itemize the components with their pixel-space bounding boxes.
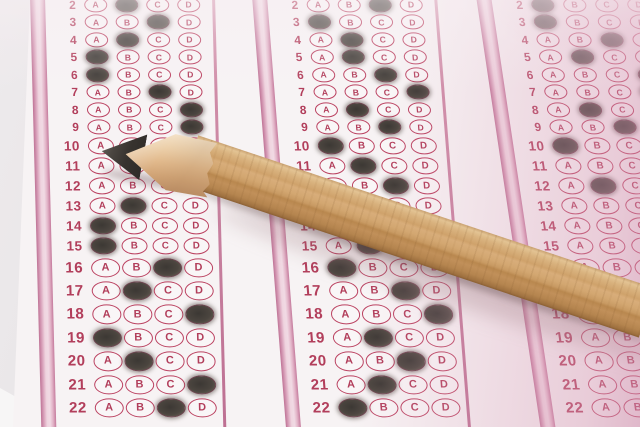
bubble-option-d: D [179, 85, 202, 100]
bubble-option-b-filled: B [340, 32, 364, 47]
bubble-letter: B [352, 88, 359, 97]
bubble-option-c-filled: C [396, 352, 426, 371]
bubble-option-d: D [634, 50, 640, 65]
bubble-letter: B [581, 70, 588, 79]
bubble-letter: C [165, 309, 173, 320]
bubble-letter: A [104, 356, 112, 367]
bubble-letter: A [319, 53, 326, 62]
bubble-option-b: B [622, 398, 640, 417]
question-number: 8 [47, 103, 79, 117]
bubble-option-b: B [595, 217, 623, 234]
bubble-option-a: A [563, 217, 591, 234]
bubble-option-c: C [155, 328, 184, 347]
bubble-option-d: D [186, 352, 215, 371]
bubble-option-b-filled: B [124, 352, 153, 371]
question-number: 6 [501, 68, 535, 82]
bubble-option-b-filled: B [122, 281, 151, 300]
bubble-letter: D [186, 35, 192, 44]
bubble-letter: A [92, 0, 98, 9]
bubble-letter: D [197, 356, 205, 367]
answer-row: 8ABCD [33, 101, 263, 119]
bubble-option-d-filled: D [180, 102, 203, 117]
bubble-option-c-filled: C [599, 32, 624, 47]
bubble-option-b: B [125, 375, 154, 394]
question-number: 7 [46, 85, 78, 99]
bubble-option-c: C [621, 177, 640, 194]
bubble-letter: B [346, 0, 353, 9]
bubble-letter: A [94, 70, 100, 79]
question-number: 9 [47, 120, 79, 134]
bubble-option-a: A [332, 328, 362, 347]
bubble-option-b: B [361, 305, 391, 324]
bubble-letter: C [156, 70, 162, 79]
question-number: 11 [48, 159, 80, 174]
bubble-option-a: A [91, 258, 120, 277]
bubble-option-d-filled: D [185, 305, 214, 324]
bubble-letter: A [570, 201, 579, 211]
bubble-letter: B [359, 161, 367, 171]
question-number: 4 [45, 33, 77, 47]
bubble-letter: C [385, 105, 392, 114]
answer-row: 9ABCD [494, 119, 640, 137]
bubble-option-a: A [541, 67, 566, 82]
bubble-option-a: A [543, 85, 568, 100]
bubble-option-a: A [566, 237, 594, 254]
bubble-letter: B [587, 105, 594, 114]
bubble-option-c: C [605, 67, 630, 82]
bubble-letter: D [409, 18, 416, 27]
bubble-option-d-filled: D [637, 67, 640, 82]
bubble-letter: B [579, 53, 586, 62]
bubble-option-c: C [369, 15, 393, 30]
bubble-letter: A [541, 18, 548, 27]
bubble-option-c: C [149, 102, 172, 117]
question-number: 14 [523, 219, 557, 234]
bubble-letter: B [126, 105, 132, 114]
bubble-option-a-filled: A [307, 15, 331, 30]
answer-row: 14ABCD [509, 216, 640, 236]
bubble-option-c-filled: C [157, 398, 186, 417]
question-number: 7 [273, 85, 306, 99]
bubble-option-b: B [123, 305, 152, 324]
bubble-option-d: D [400, 15, 424, 30]
bubble-letter: D [414, 88, 421, 97]
bubble-option-b: B [121, 217, 147, 234]
bubble-option-d: D [427, 352, 457, 371]
bubble-option-a: A [94, 375, 123, 394]
bubble-option-b: B [348, 137, 375, 154]
bubble-option-a: A [87, 102, 110, 117]
bubble-letter: C [157, 88, 163, 97]
bubble-letter: D [410, 35, 417, 44]
bubble-letter: B [132, 262, 140, 273]
bubble-option-c: C [372, 50, 396, 65]
answer-row: 7ABCD [32, 84, 262, 102]
bubble-option-a-filled: A [533, 15, 558, 30]
question-number: 18 [52, 306, 84, 323]
bubble-letter: D [186, 18, 192, 27]
bubble-option-c: C [615, 137, 640, 154]
bubble-option-d-filled: D [406, 85, 430, 100]
answer-row: 20ABCD [529, 350, 640, 373]
question-number: 21 [547, 376, 582, 393]
bubble-option-c: C [147, 32, 170, 47]
bubble-option-c: C [152, 217, 178, 234]
answer-row: 2ABCD [476, 0, 640, 14]
bubble-option-c: C [371, 32, 395, 47]
answer-row: 5ABCD [256, 49, 487, 67]
answer-row: 19ABCD [39, 326, 270, 349]
answer-row: 10ABCD [497, 136, 640, 156]
bubble-letter: A [93, 18, 99, 27]
bubble-option-a: A [85, 32, 108, 47]
bubble-letter: B [370, 286, 379, 297]
bubble-letter: C [616, 88, 623, 97]
bubble-letter: B [351, 70, 358, 79]
bubble-option-c: C [147, 50, 170, 65]
bubble-letter: A [327, 141, 335, 151]
bubble-option-d: D [403, 50, 427, 65]
answer-row: 13ABCD [506, 196, 640, 216]
bubble-option-d: D [412, 157, 439, 174]
bubble-option-d: D [409, 120, 433, 135]
bubble-letter: C [378, 18, 385, 27]
bubble-option-c-filled: C [148, 85, 171, 100]
bubble-letter: D [441, 403, 450, 414]
bubble-letter: A [95, 105, 101, 114]
bubble-letter: C [631, 181, 640, 191]
bubble-option-b-filled: B [578, 102, 603, 117]
bubble-option-c: C [627, 217, 640, 234]
bubble-option-c: C [146, 0, 169, 12]
bubble-option-a: A [535, 32, 560, 47]
bubble-letter: C [377, 0, 384, 9]
bubble-option-a: A [93, 352, 122, 371]
bubble-option-a: A [583, 352, 615, 371]
question-number: 21 [296, 376, 329, 393]
bubble-option-d: D [182, 197, 208, 214]
bubble-letter: A [102, 286, 110, 297]
bubble-letter: A [561, 141, 570, 151]
bubble-option-a-filled: A [530, 0, 555, 12]
bubble-option-a: A [557, 177, 585, 194]
question-number: 16 [287, 259, 320, 276]
bubble-option-b-filled: B [350, 157, 377, 174]
bubble-option-b: B [121, 237, 147, 254]
bubble-letter: C [157, 105, 163, 114]
bubble-option-d: D [626, 0, 640, 12]
answer-row: 11ABCD [500, 156, 640, 176]
bubble-option-a: A [560, 197, 588, 214]
bubble-option-c: C [148, 67, 171, 82]
bubble-option-c: C [618, 157, 640, 174]
bubble-option-b: B [567, 32, 592, 47]
bubble-letter: B [348, 35, 355, 44]
bubble-letter: B [126, 88, 132, 97]
answer-row: 7ABCD [259, 84, 490, 102]
question-number: 22 [55, 400, 87, 417]
bubble-letter: B [125, 70, 131, 79]
bubble-letter: C [155, 35, 161, 44]
bubble-option-b: B [369, 398, 399, 417]
bubble-option-a: A [84, 0, 107, 12]
bubble-option-d: D [407, 102, 431, 117]
bubble-letter: A [328, 161, 336, 171]
bubble-letter: B [573, 18, 580, 27]
bubble-option-c-filled: C [382, 177, 409, 194]
bubble-letter: C [390, 161, 398, 171]
bubble-option-d: D [425, 328, 455, 347]
bubble-option-b: B [586, 157, 614, 174]
bubble-option-a: A [587, 375, 619, 394]
question-number: 8 [274, 103, 307, 117]
answer-row: 6ABCD [258, 66, 489, 84]
bubble-letter: A [564, 161, 573, 171]
bubble-letter: B [630, 379, 640, 390]
bubble-letter: C [383, 88, 390, 97]
bubble-letter: B [130, 201, 137, 211]
answer-row: 21ABCD [532, 373, 640, 396]
question-number: 18 [290, 306, 323, 323]
bubble-option-a: A [538, 50, 563, 65]
bubble-letter: C [634, 201, 640, 211]
bubble-letter: B [633, 403, 640, 414]
bubble-option-b: B [122, 258, 151, 277]
bubble-option-d: D [410, 137, 437, 154]
question-number: 3 [493, 15, 527, 29]
bubble-letter: C [162, 241, 169, 251]
bubble-letter: B [124, 18, 130, 27]
bubble-option-d: D [431, 398, 461, 417]
bubble-letter: C [164, 286, 172, 297]
bubble-letter: A [341, 309, 350, 320]
bubble-option-c: C [376, 102, 400, 117]
bubble-letter: A [549, 70, 556, 79]
bubble-option-a-filled: A [93, 328, 122, 347]
bubble-option-b: B [575, 85, 600, 100]
bubble-option-b: B [117, 85, 140, 100]
bubble-letter: D [193, 241, 200, 251]
bubble-letter: A [339, 286, 348, 297]
bubble-letter: D [187, 70, 193, 79]
bubble-letter: B [125, 53, 131, 62]
bubble-letter: A [343, 332, 352, 343]
bubble-letter: B [608, 241, 617, 251]
question-number: 19 [292, 329, 325, 346]
bubble-option-d: D [178, 50, 201, 65]
bubble-option-a-filled: A [85, 50, 108, 65]
bubble-letter: A [103, 332, 111, 343]
bubble-letter: B [134, 332, 142, 343]
bubble-option-b: B [562, 0, 587, 12]
bubble-letter: A [539, 0, 546, 9]
bubble-letter: C [392, 181, 400, 191]
bubble-letter: B [130, 221, 137, 231]
answer-row: 22ABCD [536, 396, 640, 419]
question-number: 6 [46, 68, 78, 82]
bubble-option-c-filled: C [368, 0, 392, 12]
question-number: 10 [511, 139, 545, 154]
bubble-letter: B [350, 53, 357, 62]
bubble-letter: A [345, 356, 354, 367]
answer-row: 18ABCD [38, 303, 269, 326]
question-number: 5 [45, 50, 77, 64]
question-number: 10 [48, 139, 80, 154]
bubble-letter: D [434, 309, 443, 320]
bubble-option-d: D [399, 0, 423, 12]
answer-row: 22ABCD [284, 396, 516, 419]
bubble-option-c: C [597, 15, 622, 30]
bubble-option-a: A [548, 120, 573, 135]
bubble-letter: B [135, 356, 143, 367]
bubble-option-b: B [337, 0, 361, 12]
bubble-option-c: C [610, 102, 635, 117]
question-number: 12 [49, 179, 81, 194]
bubble-letter: C [611, 53, 618, 62]
bubble-option-a-filled: A [551, 137, 579, 154]
bubble-option-b: B [126, 398, 155, 417]
question-number: 11 [514, 159, 548, 174]
bubble-option-b: B [598, 237, 626, 254]
bubble-option-b: B [365, 352, 395, 371]
bubble-letter: D [421, 161, 429, 171]
bubble-letter: C [619, 105, 626, 114]
answer-row: 4ABCD [481, 31, 640, 49]
bubble-letter: A [567, 181, 576, 191]
bubble-letter: B [124, 35, 130, 44]
bubble-letter: C [605, 18, 612, 27]
bubble-letter: D [423, 181, 431, 191]
bubble-option-c: C [394, 328, 424, 347]
question-number: 2 [490, 0, 524, 12]
bubble-letter: B [626, 356, 636, 367]
bubble-option-a-filled: A [338, 398, 368, 417]
bubble-option-b-filled: B [363, 328, 393, 347]
bubble-letter: C [628, 161, 637, 171]
bubble-option-a: A [95, 398, 124, 417]
bubble-option-c-filled: C [374, 67, 398, 82]
bubble-option-c-filled: C [146, 15, 169, 30]
bubble-option-d: D [177, 0, 200, 12]
bubble-letter: A [594, 356, 604, 367]
bubble-option-a: A [546, 102, 571, 117]
answer-row: 19ABCD [278, 326, 510, 349]
question-number: 22 [550, 400, 585, 417]
question-number: 13 [520, 199, 554, 214]
bubble-option-c-filled: C [378, 120, 402, 135]
bubble-letter: B [593, 141, 602, 151]
bubble-option-b: B [117, 67, 140, 82]
bubble-option-c: C [602, 50, 627, 65]
answer-row: 3ABCD [253, 14, 484, 32]
bubble-letter: A [321, 88, 328, 97]
bubble-option-a: A [309, 32, 333, 47]
bubble-letter: C [389, 141, 397, 151]
bubble-option-a: A [89, 197, 115, 214]
bubble-option-d: D [184, 258, 213, 277]
bubble-option-b: B [338, 15, 362, 30]
bubble-letter: B [134, 309, 142, 320]
bubble-letter: A [101, 262, 109, 273]
bubble-letter: D [417, 123, 424, 132]
bubble-letter: A [347, 379, 356, 390]
question-number: 3 [268, 15, 301, 29]
bubble-letter: A [317, 35, 324, 44]
bubble-option-b: B [619, 375, 640, 394]
bubble-letter: A [320, 70, 327, 79]
question-number: 5 [498, 50, 532, 64]
bubble-letter: C [166, 379, 174, 390]
bubble-option-b: B [573, 67, 598, 82]
bubble-letter: B [576, 35, 583, 44]
bubble-option-a: A [313, 85, 337, 100]
bubble-option-a: A [92, 305, 121, 324]
bubble-option-a: A [314, 102, 338, 117]
bubble-option-a: A [91, 281, 120, 300]
bubble-letter: B [133, 286, 141, 297]
bubble-option-c: C [153, 281, 182, 300]
bubble-option-d: D [184, 281, 213, 300]
bubble-option-b: B [343, 67, 367, 82]
answer-row: 10ABCD [263, 136, 495, 156]
bubble-option-b: B [118, 102, 141, 117]
bubble-letter: C [161, 201, 168, 211]
bubble-option-d: D [413, 177, 440, 194]
bubble-letter: C [603, 0, 610, 9]
bubble-letter: D [416, 105, 423, 114]
bubble-option-a: A [336, 375, 366, 394]
bubble-letter: B [596, 161, 605, 171]
bubble-option-d: D [402, 32, 426, 47]
bubble-option-c: C [156, 375, 185, 394]
bubble-letter: A [323, 105, 330, 114]
bubble-letter: D [436, 332, 445, 343]
answer-row: 21ABCD [282, 373, 514, 396]
bubble-option-b: B [124, 328, 153, 347]
question-number: 20 [294, 353, 327, 370]
bubble-letter: A [348, 403, 357, 414]
bubble-option-a: A [310, 50, 334, 65]
bubble-letter: C [621, 123, 628, 132]
bubble-option-d: D [186, 328, 215, 347]
question-number: 19 [53, 329, 85, 346]
bubble-letter: C [409, 379, 418, 390]
bubble-letter: C [405, 332, 414, 343]
bubble-letter: D [188, 105, 194, 114]
bubble-letter: C [386, 123, 393, 132]
bubble-option-c: C [594, 0, 619, 12]
answer-row: 2ABCD [30, 0, 260, 14]
answer-row: 16ABCD [37, 256, 268, 279]
bubble-letter: C [161, 221, 168, 231]
bubble-option-c: C [152, 237, 178, 254]
answer-row: 2ABCD [252, 0, 483, 14]
question-number: 16 [51, 259, 83, 276]
question-number: 2 [44, 0, 76, 12]
question-number: 20 [53, 353, 85, 370]
question-number: 17 [52, 283, 84, 300]
bubble-letter: A [316, 18, 323, 27]
bubble-letter: D [195, 286, 203, 297]
question-number: 6 [272, 68, 305, 82]
question-number: 4 [269, 33, 302, 47]
answer-row: 6ABCD [32, 66, 262, 84]
bubble-letter: A [552, 88, 559, 97]
bubble-letter: B [584, 88, 591, 97]
bubble-letter: B [347, 18, 354, 27]
bubble-letter: D [187, 53, 193, 62]
answer-row: 17ABCD [37, 279, 268, 302]
